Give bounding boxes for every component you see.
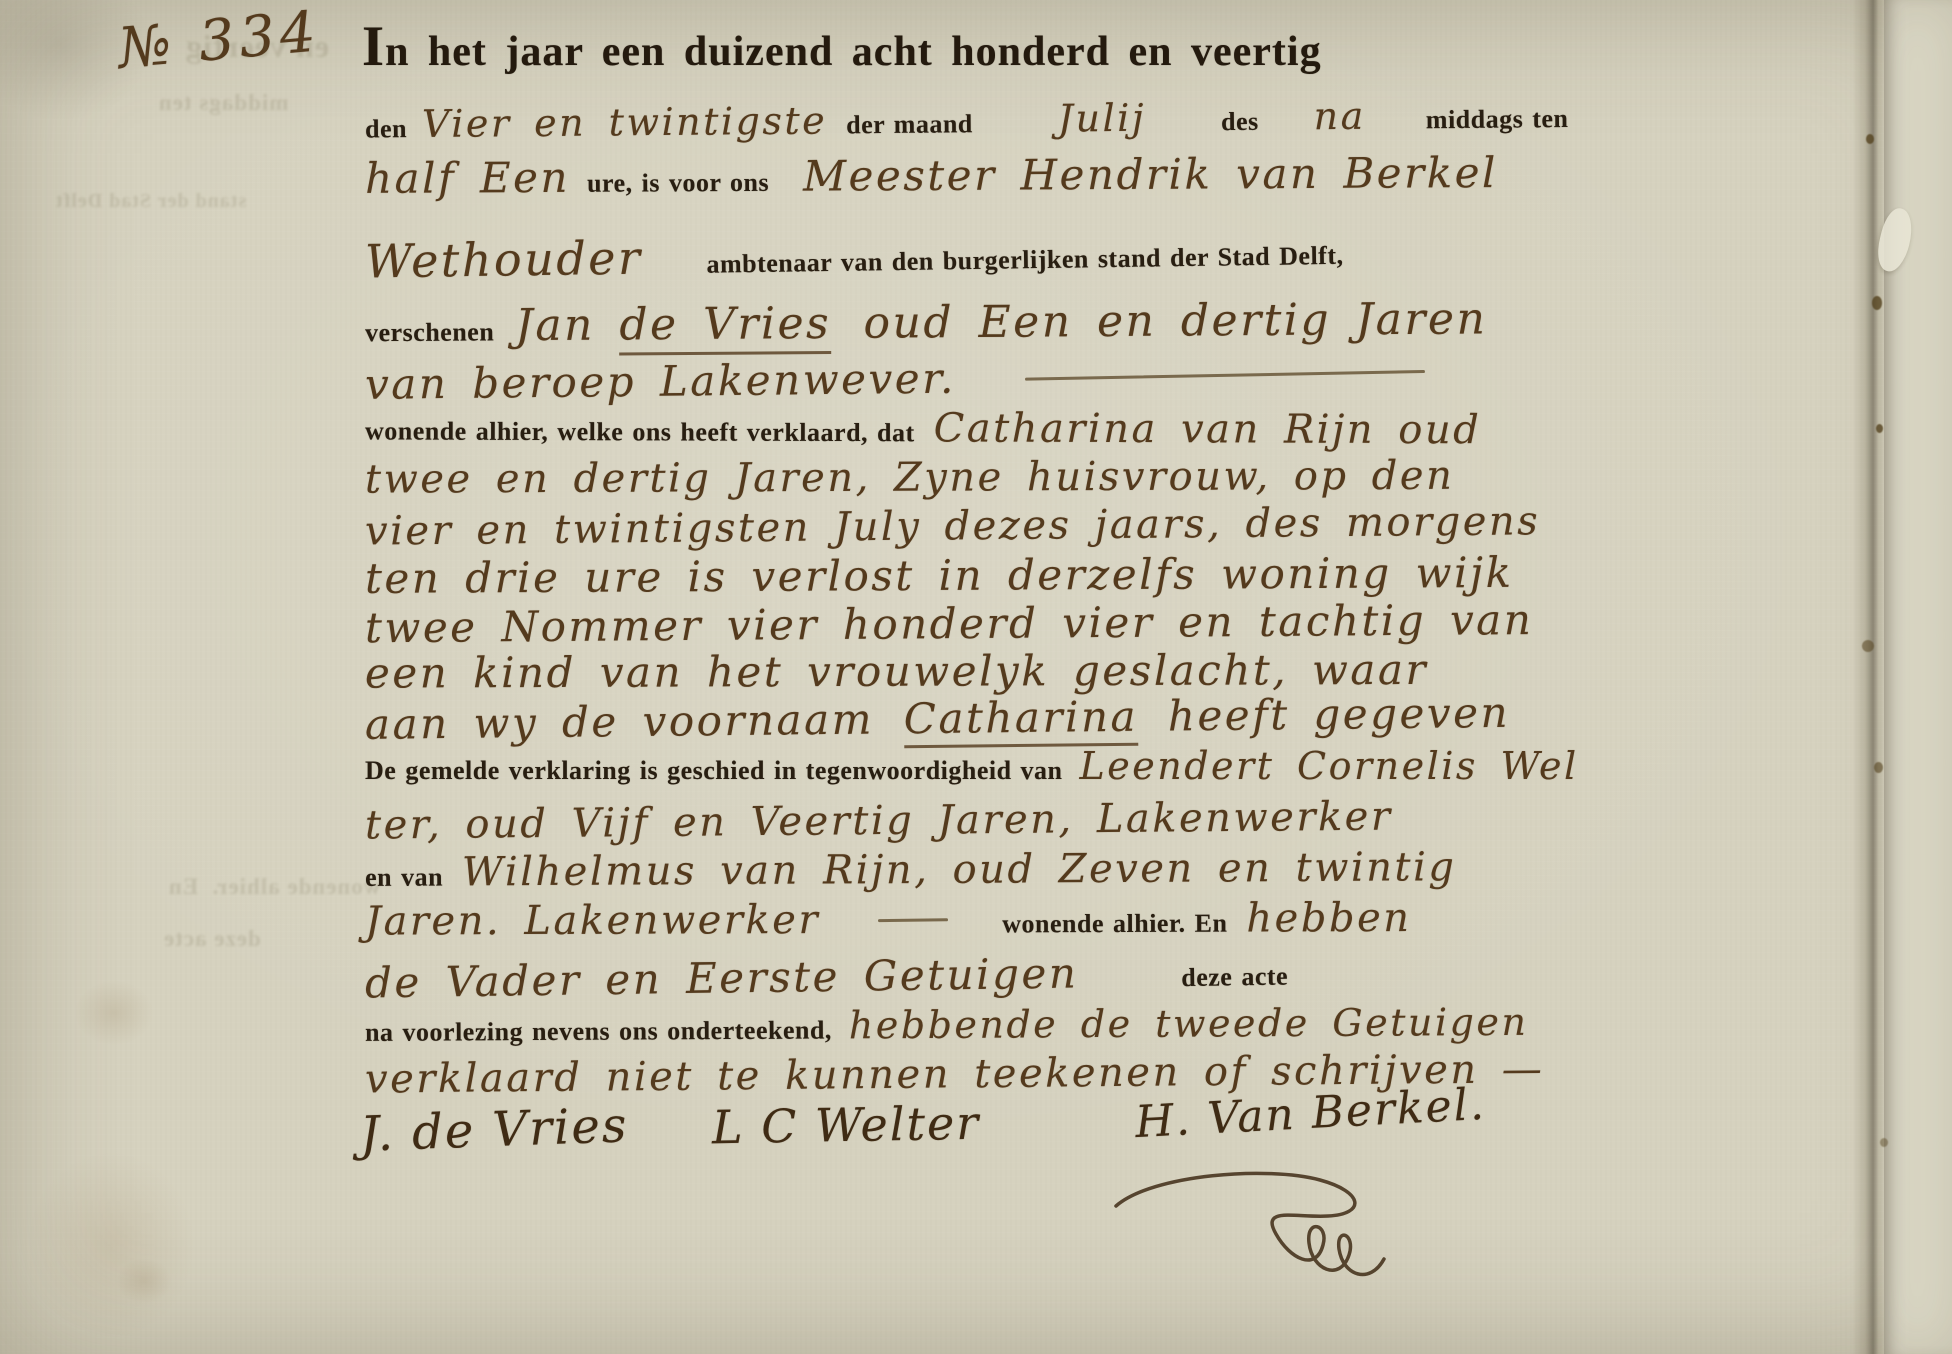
ink-rule [1025,370,1425,381]
printed-text: De gemelde verklaring is geschied in teg… [365,756,1072,786]
handwritten-text: vier en twintigsten July dezes jaars, de… [365,498,1541,554]
printed-text: den [365,114,416,144]
handwritten-text: ter, oud Vijf en Veertig Jaren, Lakenwer… [365,794,1393,849]
printed-text: der maand [837,109,973,140]
ink-speck [1880,1138,1888,1147]
ghost-text: middags ten [158,90,289,116]
printed-text: ambtenaar van den burgerlijken stand der… [697,241,1343,280]
act-line: vier en twintigsten July dezes jaars, de… [365,495,1865,554]
ink-speck [1866,134,1874,144]
handwritten-text: hebbende de tweede Getuigen [849,1000,1529,1048]
act-line: den Vier en twintigste der maandJulijdes… [365,89,1865,146]
act-line: de Vader en Eerste Getuigen deze acte [365,938,1866,1008]
handwritten-text: heeft gegeven [1144,688,1510,741]
act-line: na voorlezing nevens ons onderteekend, h… [365,998,1865,1050]
act-line: wonende alhier, welke ons heeft verklaar… [365,403,1865,454]
paper-stain [74,980,154,1046]
act-line: ter, oud Vijf en Veertig Jaren, Lakenwer… [365,789,1865,848]
adjacent-page-edge [1884,0,1952,1354]
document-page: № 334 In het jaar een duizend acht honde… [0,0,1952,1354]
act-line: De gemelde verklaring is geschied in teg… [365,744,1865,788]
ghost-text: wonende alhier. En [168,874,380,900]
paper-stain [116,1258,172,1304]
ghost-text: en veertig [185,28,329,65]
signature: L C Welter [712,1096,981,1155]
handwritten-text: twee en dertig Jaren, Zyne huisvrouw, op… [365,453,1454,503]
ghost-text: stand der Stad Delft [55,190,246,213]
printed-text: des [1221,107,1259,137]
ink-rule [878,918,948,922]
handwritten-text: na [1313,94,1366,138]
ink-speck [1872,296,1882,310]
printed-text: en van [365,862,452,892]
handwritten-text: hebben [1246,895,1411,942]
ghost-text: deze acte [163,926,261,952]
signature: J. de Vries [359,1097,629,1162]
handwritten-text: Catharina van Rijn oud [934,405,1482,453]
printed-text: wonende alhier. En [993,909,1236,940]
printed-text: ure, is voor ons [578,168,778,199]
act-line: Wethouder ambtenaar van den burgerlijken… [365,214,1866,289]
handwritten-text: twee Nommer vier honderd vier en tachtig… [365,595,1534,652]
handwritten-text: ten drie ure is verlost in derzelfs woni… [365,548,1514,603]
handwritten-text: Wethouder [365,231,643,289]
act-line: verklaard niet te kunnen teekenen of sch… [365,1043,1865,1102]
printed-text: wonende alhier, welke ons heeft verklaar… [365,416,924,448]
handwritten-text: Wilhelmus van Rijn, oud Zeven en twintig [462,844,1457,895]
handwritten-text: Jaren. Lakenwerker [365,897,843,945]
ink-speck [1862,640,1874,652]
handwritten-text: de Vader en Eerste Getuigen [365,948,1103,1007]
paper-stain [26,1150,196,1340]
handwritten-text: half Een [365,153,570,203]
handwritten-text: Catharina [904,692,1139,748]
ink-speck [1874,762,1883,773]
handwritten-text: Vier en twintigste [422,99,828,147]
handwritten-text: Leendert Cornelis Wel [1080,744,1579,788]
handwritten-text: Meester Hendrik van Berkel [803,148,1498,201]
handwritten-text: de Vries [619,298,831,355]
printed-text: verschenen [365,317,503,348]
page-fold [1852,0,1886,1354]
act-line: en van Wilhelmus van Rijn, oud Zeven en … [365,842,1865,896]
signature-flourish-icon [1108,1158,1408,1298]
act-line: Jaren. Lakenwerker wonende alhier. En he… [365,893,1865,944]
printed-text: deze acte [1172,962,1288,994]
handwritten-text: Jan [515,299,620,351]
handwritten-text: Julij [1058,96,1147,141]
act-heading: In het jaar een duizend acht honderd en … [362,14,1322,79]
handwritten-text: oud Een en dertig Jaren [839,293,1488,349]
printed-text: middags ten [1426,104,1569,135]
handwritten-text: aan wy de voornaam [365,694,898,749]
act-line: twee en dertig Jaren, Zyne huisvrouw, op… [365,451,1865,502]
handwritten-text: van beroep Lakenwever. [365,353,980,408]
printed-text: na voorlezing nevens ons onderteekend, [365,1015,841,1047]
act-line: half Een ure, is voor ons Meester Hendri… [365,146,1865,203]
ink-speck [1876,424,1883,433]
